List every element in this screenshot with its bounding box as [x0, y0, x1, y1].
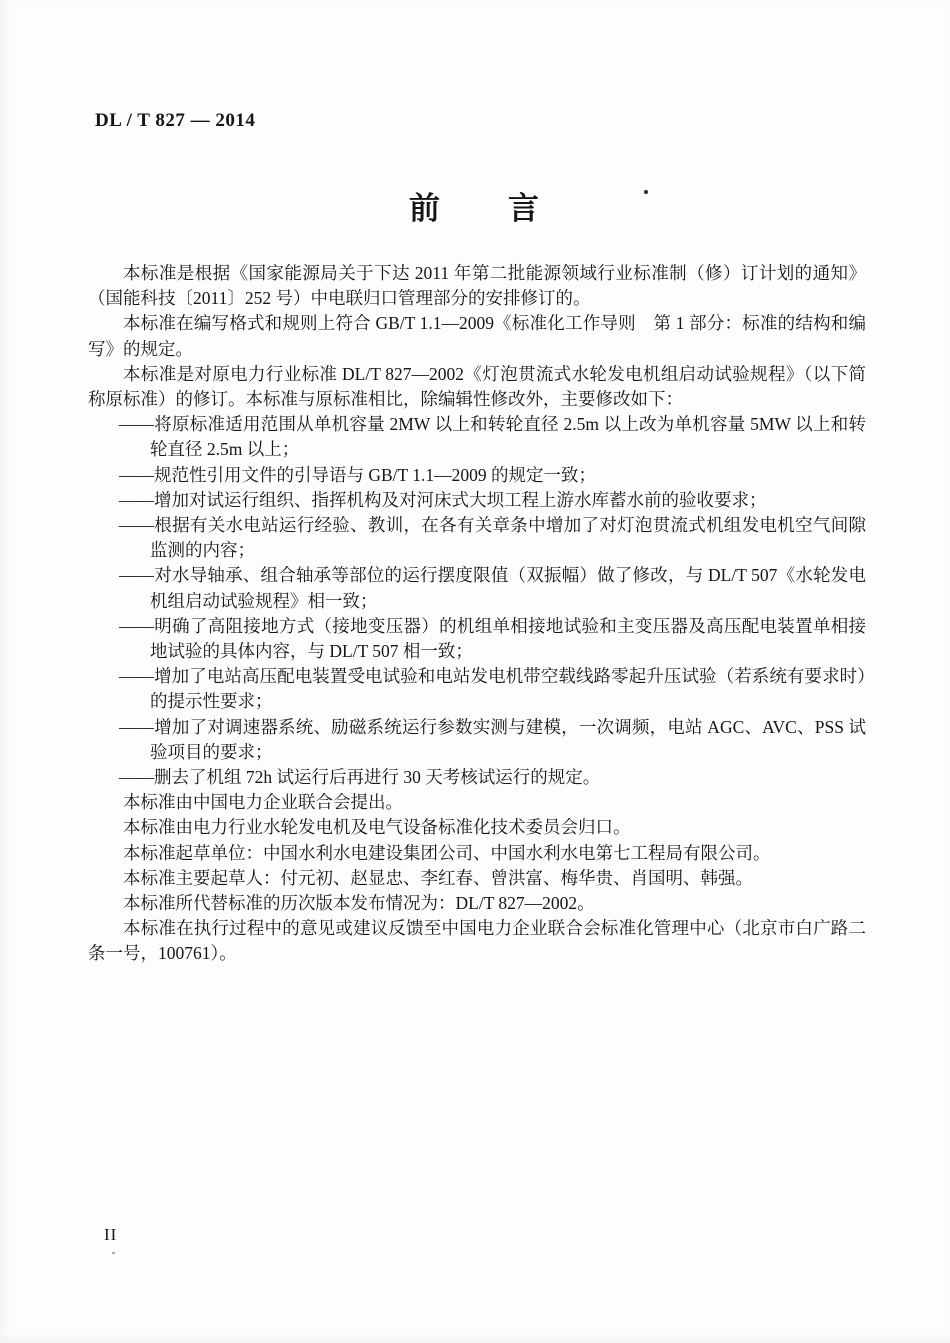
scan-speck	[196, 394, 198, 396]
closing-paragraph: 本标准由中国电力企业联合会提出。	[88, 790, 866, 815]
closing-paragraph: 本标准起草单位：中国水利水电建设集团公司、中国水利水电第七工程局有限公司。	[88, 841, 866, 866]
page-title: 前 言	[0, 183, 950, 228]
document-body: 本标准是根据《国家能源局关于下达 2011 年第二批能源领域行业标准制（修）订计…	[88, 261, 866, 967]
revision-item: ——规范性引用文件的引导语与 GB/T 1.1—2009 的规定一致；	[88, 463, 866, 488]
closing-paragraph: 本标准主要起草人：付元初、赵显忠、李红春、曾洪富、梅华贵、肖国明、韩强。	[88, 866, 866, 891]
revision-item: ——将原标准适用范围从单机容量 2MW 以上和转轮直径 2.5m 以上改为单机容…	[88, 412, 866, 462]
revision-item: ——删去了机组 72h 试运行后再进行 30 天考核试运行的规定。	[88, 765, 866, 790]
revision-item: ——增加对试运行组织、指挥机构及对河床式大坝工程上游水库蓄水前的验收要求；	[88, 488, 866, 513]
intro-paragraph: 本标准在编写格式和规则上符合 GB/T 1.1—2009《标准化工作导则 第 1…	[88, 311, 866, 361]
revision-item: ——根据有关水电站运行经验、教训，在各有关章条中增加了对灯泡贯流式机组发电机空气…	[88, 513, 866, 563]
revision-item: ——明确了高阻接地方式（接地变压器）的机组单相接地试验和主变压器及高压配电装置单…	[88, 614, 866, 664]
revision-item: ——增加了对调速器系统、励磁系统运行参数实测与建模，一次调频，电站 AGC、AV…	[88, 715, 866, 765]
page-number: II	[104, 1225, 117, 1245]
intro-paragraph: 本标准是对原电力行业标准 DL/T 827—2002《灯泡贯流式水轮发电机组启动…	[88, 362, 866, 412]
intro-paragraph: 本标准是根据《国家能源局关于下达 2011 年第二批能源领域行业标准制（修）订计…	[88, 261, 866, 311]
revision-item: ——对水导轴承、组合轴承等部位的运行摆度限值（双振幅）做了修改，与 DL/T 5…	[88, 563, 866, 613]
document-page: DL / T 827 — 2014 前 言 本标准是根据《国家能源局关于下达 2…	[0, 0, 950, 1343]
revision-item: ——增加了电站高压配电装置受电试验和电站发电机带空载线路零起升压试验（若系统有要…	[88, 664, 866, 714]
closing-paragraph: 本标准所代替标准的历次版本发布情况为：DL/T 827—2002。	[88, 891, 866, 916]
closing-paragraph: 本标准由电力行业水轮发电机及电气设备标准化技术委员会归口。	[88, 815, 866, 840]
scan-speck	[112, 1252, 115, 1254]
closing-paragraph: 本标准在执行过程中的意见或建议反馈至中国电力企业联合会标准化管理中心（北京市白广…	[88, 916, 866, 966]
scan-speck	[644, 190, 648, 194]
standard-code: DL / T 827 — 2014	[95, 110, 255, 132]
